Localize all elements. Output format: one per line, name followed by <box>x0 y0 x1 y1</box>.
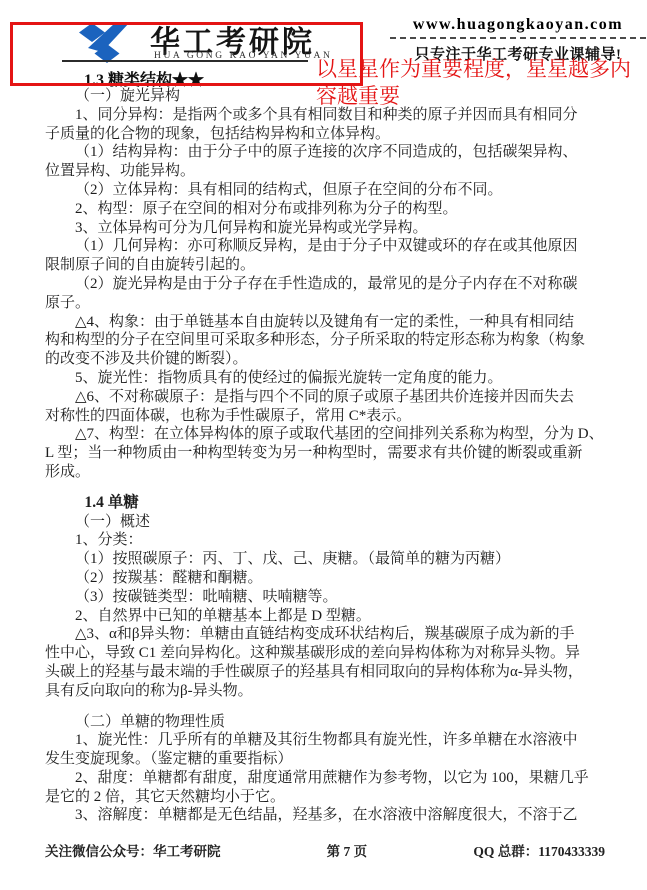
body-line: 是它的 2 倍，其它天然糖均小于它。 <box>45 788 607 807</box>
blank-line <box>45 701 607 713</box>
body-line: L 型；当一种物质由一种构型转变为另一种构型时，需要求有共价键的断裂或重新 <box>45 444 607 463</box>
body-line: 2、自然界中已知的单糖基本上都是 D 型糖。 <box>45 607 607 626</box>
body-line: 性中心，导致 C1 差向异构化。这种羰基碳形成的差向异构体称为对称异头物。异 <box>45 644 607 663</box>
body-line: 3、立体异构可分为几何异构和旋光异构或光学异构。 <box>45 219 607 238</box>
body-text: （一）旋光异构1、同分异构：是指两个或多个具有相同数目和种类的原子并因而具有相同… <box>45 87 607 825</box>
body-line: △7、构型：在立体异构体的原子或取代基团的空间排列关系称为构型，分为 D、 <box>45 425 607 444</box>
annotation-note: 以星星作为重要程度，星星越多内容越重要 <box>316 56 647 110</box>
body-line: 位置异构、功能异构。 <box>45 162 607 181</box>
page-footer: 关注微信公众号：华工考研院 第 7 页 QQ 总群：1170433339 <box>45 840 605 860</box>
body-line: （1）几何异构：亦可称顺反异构，是由于分子中双键或环的存在或其他原因 <box>45 237 607 256</box>
body-line: （1）结构异构：由于分子中的原子连接的次序不同造成的，包括碳架异构、 <box>45 143 607 162</box>
body-line: （2）按羰基：醛糖和酮糖。 <box>45 569 607 588</box>
annotation-highlight-box <box>10 22 363 86</box>
body-line: （2）立体异构：具有相同的结构式，但原子在空间的分布不同。 <box>45 181 607 200</box>
body-line: （3）按碳链类型：吡喃糖、呋喃糖等。 <box>45 588 607 607</box>
body-line: 2、构型：原子在空间的相对分布或排列称为分子的构型。 <box>45 200 607 219</box>
body-line: 1、分类： <box>45 531 607 550</box>
section-heading: 1.4 单糖 <box>45 494 607 513</box>
footer-page-number: 第 7 页 <box>327 840 368 860</box>
document-page: 华工考研院 HUA GONG KAO YAN YUAN www.huagongk… <box>0 0 647 890</box>
body-line: △4、构象：由于单链基本自由旋转以及键角有一定的柔性，一种具有相同结 <box>45 313 607 332</box>
body-line: 3、溶解度：单糖都是无色结晶，羟基多，在水溶液中溶解度很大，不溶于乙 <box>45 806 607 825</box>
body-line: 的改变不涉及共价键的断裂）。 <box>45 350 607 369</box>
body-line: （一）概述 <box>45 513 607 532</box>
website-url: www.huagongkaoyan.com <box>390 16 646 39</box>
body-line: 头碳上的羟基与最末端的手性碳原子的羟基具有相同取向的异构体称为α-异头物， <box>45 663 607 682</box>
body-line: △6、不对称碳原子：是指与四个不同的原子或原子基团共价连接并因而失去 <box>45 388 607 407</box>
body-line: （二）单糖的物理性质 <box>45 713 607 732</box>
body-line: 形成。 <box>45 463 607 482</box>
body-line: 限制原子间的自由旋转引起的。 <box>45 256 607 275</box>
body-line: △3、α和β异头物：单糖由直链结构变成环状结构后，羰基碳原子成为新的手 <box>45 625 607 644</box>
body-line: 2、甜度：单糖都有甜度，甜度通常用蔗糖作为参考物，以它为 100，果糖几乎 <box>45 769 607 788</box>
body-line: （1）按照碳原子：丙、丁、戊、己、庚糖。（最简单的糖为丙糖） <box>45 550 607 569</box>
body-line: 5、旋光性：指物质具有的使经过的偏振光旋转一定角度的能力。 <box>45 369 607 388</box>
footer-qq-group: QQ 总群：1170433339 <box>473 840 605 860</box>
body-line: 对称性的四面体碳，也称为手性碳原子，常用 C*表示。 <box>45 407 607 426</box>
body-line: 构和构型的分子在空间里可采取多种形态，分子所采取的特定形态称为构象（构象 <box>45 331 607 350</box>
body-line: 具有反向取向的称为β-异头物。 <box>45 682 607 701</box>
body-line: 原子。 <box>45 294 607 313</box>
body-line: 子质量的化合物的现象，包括结构异构和立体异构。 <box>45 125 607 144</box>
body-line: （2）旋光异构是由于分子存在手性造成的，最常见的是分子内存在不对称碳 <box>45 275 607 294</box>
body-line: 1、旋光性：几乎所有的单糖及其衍生物都具有旋光性，许多单糖在水溶液中 <box>45 731 607 750</box>
footer-wechat: 关注微信公众号：华工考研院 <box>45 840 221 860</box>
body-line: 发生变旋现象。（鉴定糖的重要指标） <box>45 750 607 769</box>
blank-line <box>45 482 607 494</box>
